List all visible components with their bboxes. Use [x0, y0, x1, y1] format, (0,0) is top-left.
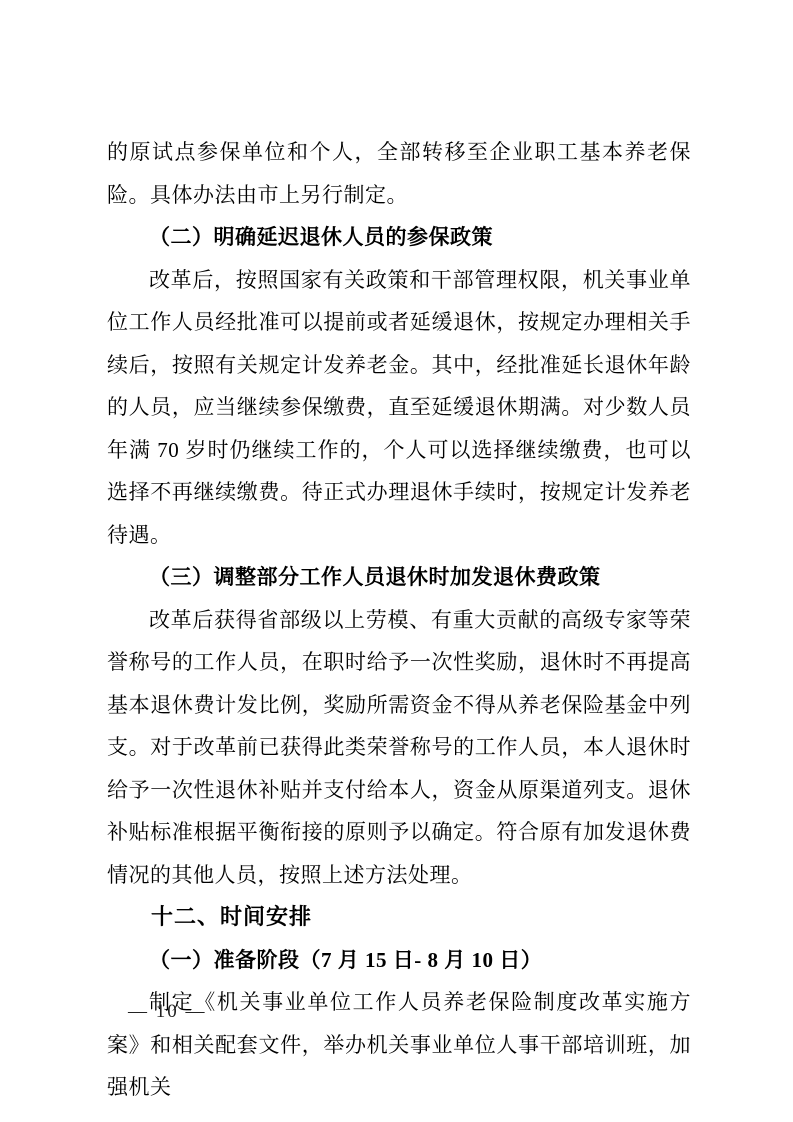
body-paragraph-continuation: 的原试点参保单位和个人，全部转移至企业职工基本养老保险。具体办法由市上另行制定。 — [107, 131, 691, 216]
page-number: — 10 — — [128, 1001, 207, 1023]
subsection-heading: （一）准备阶段（7 月 15 日- 8 月 10 日） — [107, 939, 691, 982]
subsection-heading: （三）调整部分工作人员退休时加发退休费政策 — [107, 556, 691, 599]
body-paragraph: 改革后，按照国家有关政策和干部管理权限，机关事业单位工作人员经批准可以提前或者延… — [107, 259, 691, 557]
subsection-heading: （二）明确延迟退休人员的参保政策 — [107, 216, 691, 259]
section-heading: 十二、时间安排 — [107, 896, 691, 939]
document-body: 的原试点参保单位和个人，全部转移至企业职工基本养老保险。具体办法由市上另行制定。… — [107, 131, 691, 1109]
document-page: 的原试点参保单位和个人，全部转移至企业职工基本养老保险。具体办法由市上另行制定。… — [0, 0, 793, 1122]
body-paragraph: 改革后获得省部级以上劳模、有重大贡献的高级专家等荣誉称号的工作人员，在职时给予一… — [107, 599, 691, 897]
